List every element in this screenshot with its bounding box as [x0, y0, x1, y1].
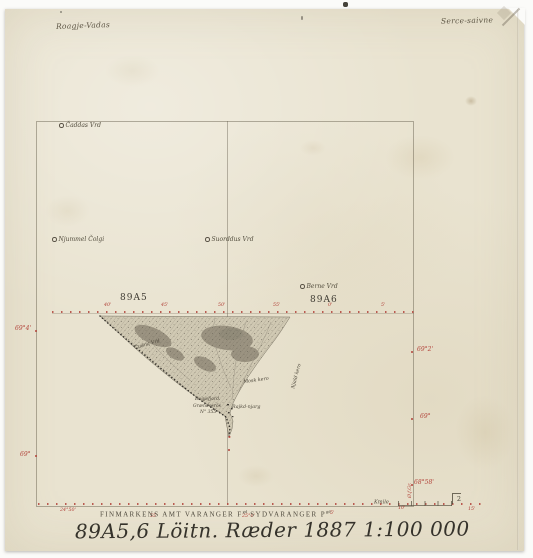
place-label: Čaddas Vrd	[59, 123, 101, 129]
place-label: Suorddus Vrd	[205, 237, 254, 243]
place-marker-icon	[205, 237, 210, 242]
sheet-number-right: 89A6	[310, 296, 338, 305]
graticule-dot	[35, 455, 37, 457]
longitude-label: 15'	[468, 507, 475, 512]
meridian-origin-label: Ø.f.Gr.	[408, 483, 413, 498]
longitude-label: 10'	[398, 506, 405, 511]
scale-bar	[398, 501, 452, 506]
paper-edge-shadow	[517, 9, 519, 550]
latitude-label: 69°	[20, 452, 31, 458]
latitude-label: 69°	[420, 414, 431, 420]
place-label: Njummel Čolgi	[52, 237, 104, 243]
place-label-text: Berne Vrd	[307, 283, 338, 290]
longitude-label: 5'	[381, 303, 385, 308]
ink-speck	[60, 11, 62, 13]
sheet-number-left: 89A5	[120, 294, 148, 303]
place-marker-icon	[52, 237, 57, 242]
terrain-label: Rajkd-njarg	[232, 405, 260, 410]
latitude-label: 68°58'	[414, 480, 434, 486]
latitude-label: 69°2'	[417, 347, 433, 353]
longitude-label: 24°50'	[60, 508, 76, 513]
place-label-text: Njummel Čolgi	[59, 236, 105, 243]
graticule-dot	[35, 330, 37, 332]
scale-bar-end: 2	[452, 493, 461, 504]
place-label-text: Suorddus Vrd	[212, 236, 254, 243]
terrain-label: Bugjefjord	[195, 397, 219, 402]
annotation-top-right: Serce-saivne	[441, 16, 493, 25]
place-label: Berne Vrd	[300, 284, 338, 290]
terrain-label: N° 355	[200, 410, 216, 415]
latitude-label: 69°4'	[15, 326, 31, 332]
scale-bar-label: Kmile	[374, 499, 389, 505]
graticule-dot	[411, 351, 413, 353]
place-label-text: Čaddas Vrd	[66, 122, 101, 129]
sheet-caption: 89A5,6 Löitn. Ræder 1887 1:100 000	[75, 516, 455, 545]
graticule-dot	[411, 418, 413, 420]
ink-speck	[343, 2, 348, 7]
terrain-label: Grændserös	[193, 404, 221, 409]
admin-sup: gd	[326, 509, 331, 514]
ink-speck	[301, 16, 303, 20]
graticule-dot	[228, 449, 230, 451]
place-marker-icon	[300, 284, 305, 289]
place-marker-icon	[59, 123, 64, 128]
terrain-relief-drawing	[85, 308, 315, 448]
scanned-map-sheet: Roagje-Vadas Serce-saivne 69°4' 69° 69°2…	[0, 0, 533, 558]
